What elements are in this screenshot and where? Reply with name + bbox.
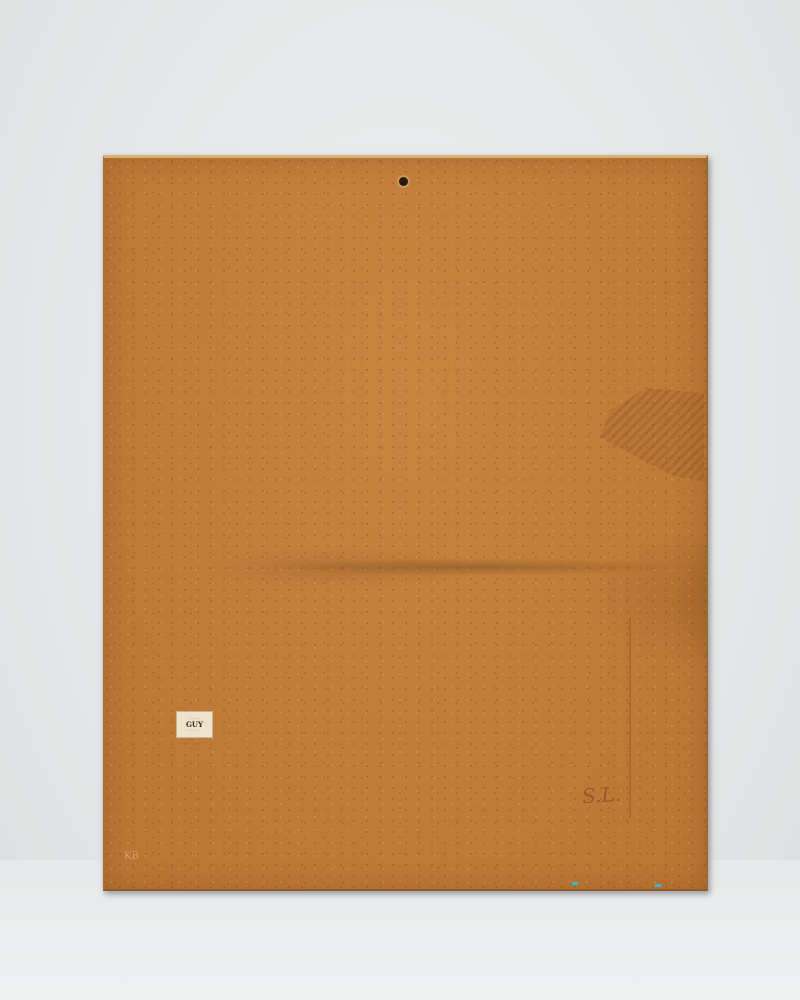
hardboard-panel: S.L. KB ·········· GUY ···· ··· ···· bbox=[103, 155, 708, 891]
framer-label: ·········· GUY ···· ··· ···· bbox=[176, 711, 213, 738]
pencil-signature: S.L. bbox=[581, 782, 622, 809]
hanging-hole bbox=[399, 177, 408, 186]
blue-tape-fragment bbox=[655, 884, 661, 887]
label-bottom-text: ···· ··· ···· bbox=[187, 729, 201, 732]
blue-tape-fragment bbox=[572, 882, 578, 885]
corner-mark: KB bbox=[124, 851, 139, 862]
label-brand: GUY bbox=[186, 721, 203, 728]
horizontal-smudge bbox=[264, 558, 694, 576]
board-texture bbox=[104, 158, 706, 889]
pencil-line bbox=[629, 618, 631, 818]
